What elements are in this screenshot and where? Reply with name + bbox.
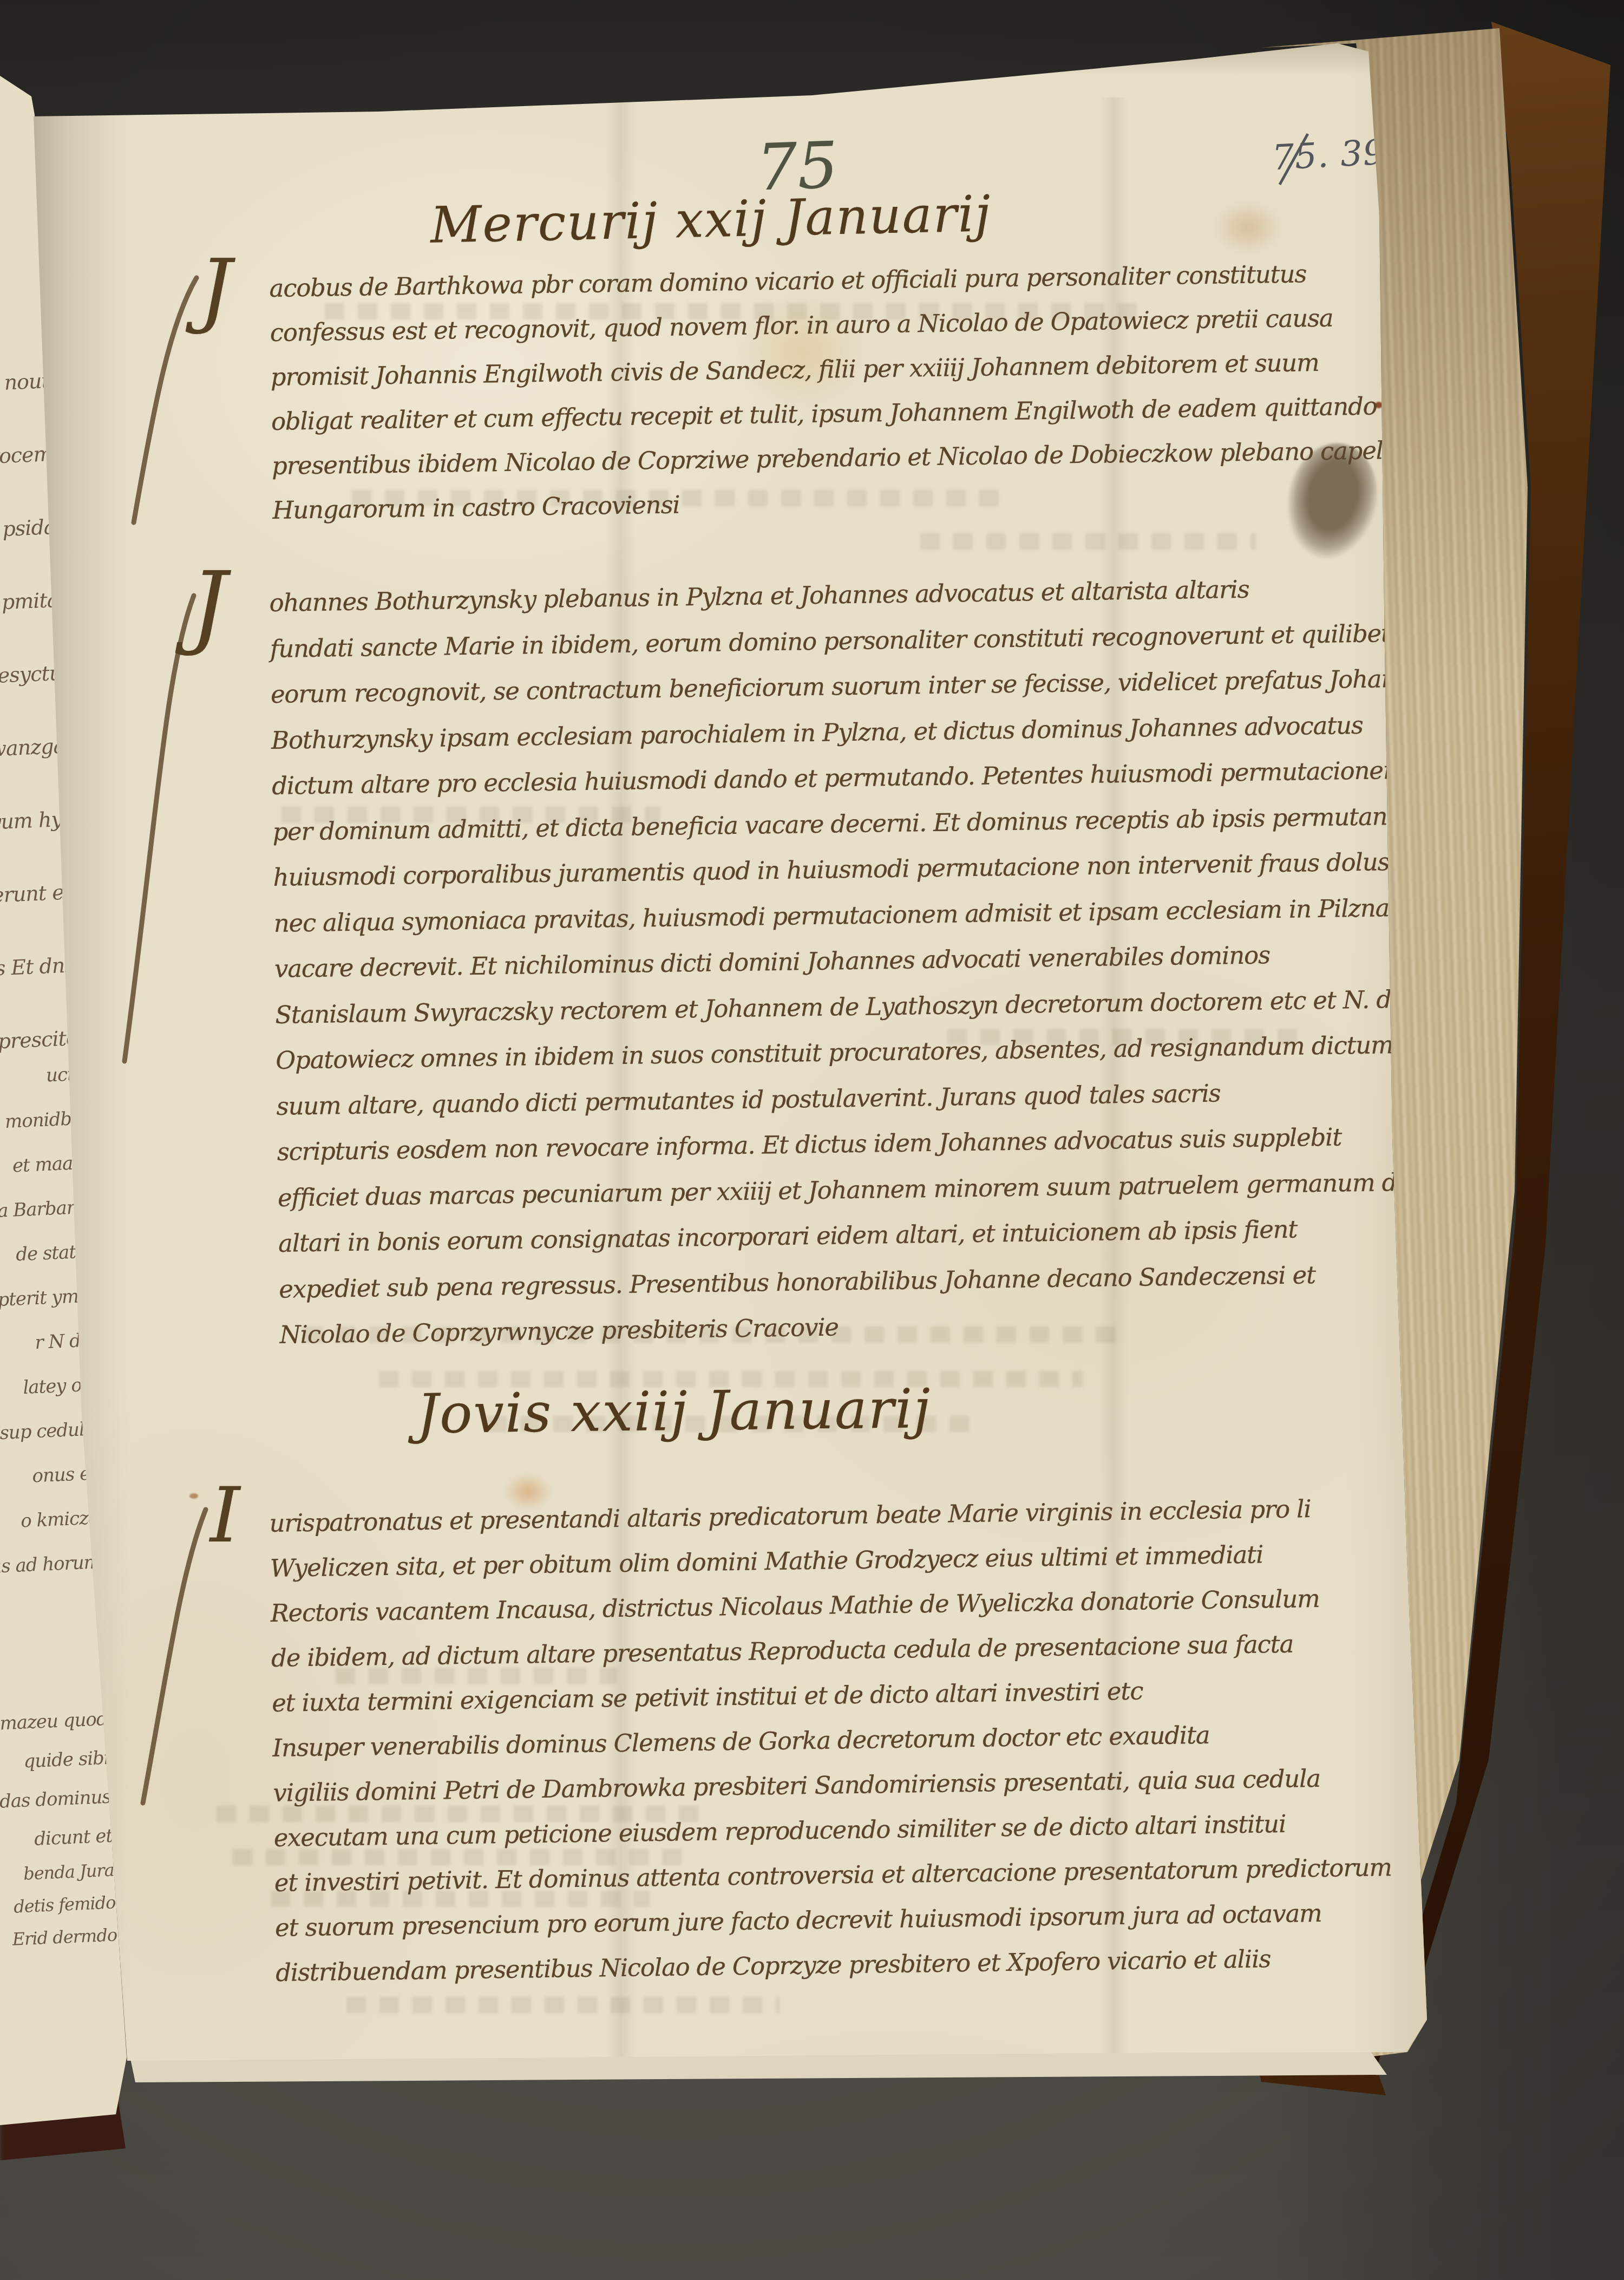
manuscript-line: o kmicza — [0, 1495, 100, 1547]
manuscript-line: Erid dermdo — [0, 1918, 117, 1958]
manuscript-line: et maao — [0, 1141, 84, 1192]
manuscript-line: onus et — [0, 1451, 97, 1502]
manuscript-line: sup cedula — [0, 1407, 96, 1458]
top-edge-shade — [32, 38, 1375, 76]
entry-heading-thursday: Jovis xxiij Januarij — [416, 1377, 932, 1446]
manuscript-line: pterit ymo — [0, 1274, 90, 1325]
entry-paragraph: ohannes Bothurzynsky plebanus in Pylzna … — [269, 564, 1452, 1358]
entry-heading-wednesday: Mercurij xxij Januarij — [430, 185, 992, 254]
photograph-of-manuscript: bad nouti crocemam psidao pmitaa in esyc… — [0, 0, 1624, 2280]
paragraph-initial: J — [191, 552, 227, 658]
manuscript-line: ipsius ad horum — [0, 1540, 102, 1591]
paragraph-initial: J — [199, 243, 232, 337]
manuscript-line: r N de — [0, 1318, 92, 1369]
initial-flourish — [135, 1505, 217, 1808]
ink-speck — [189, 1493, 198, 1499]
manuscript-line: monidby — [0, 1096, 82, 1148]
entry-paragraph: acobus de Barthkowa pbr coram domino vic… — [269, 251, 1405, 533]
paragraph-initial: I — [210, 1472, 240, 1560]
show-through — [920, 533, 1256, 550]
fragment-group: benda Juradetis femidoErid dermdo — [0, 1854, 117, 1958]
foxing-stain — [1213, 200, 1283, 254]
entry-paragraph: urispatronatus et presentandi altaris pr… — [269, 1485, 1393, 1995]
show-through — [346, 1997, 780, 2013]
manuscript-line: ma Barbara — [0, 1185, 86, 1237]
folio-number-pencil: 75. 39 — [1271, 133, 1386, 179]
fragment-group: mazeu quodquide sibidas dominusdicunt et — [0, 1700, 113, 1863]
initial-flourish — [119, 590, 206, 1067]
manuscript-line: ucti — [0, 1052, 80, 1103]
manuscript-line: latey od — [0, 1362, 94, 1414]
manuscript-line: de statu — [0, 1230, 88, 1281]
folio-pencil-struck-value: 75 — [1271, 136, 1318, 178]
manuscript-page: 75 75. 39 Mercurij xxij Januarij J acobu… — [0, 0, 1624, 2280]
initial-flourish — [127, 273, 208, 528]
